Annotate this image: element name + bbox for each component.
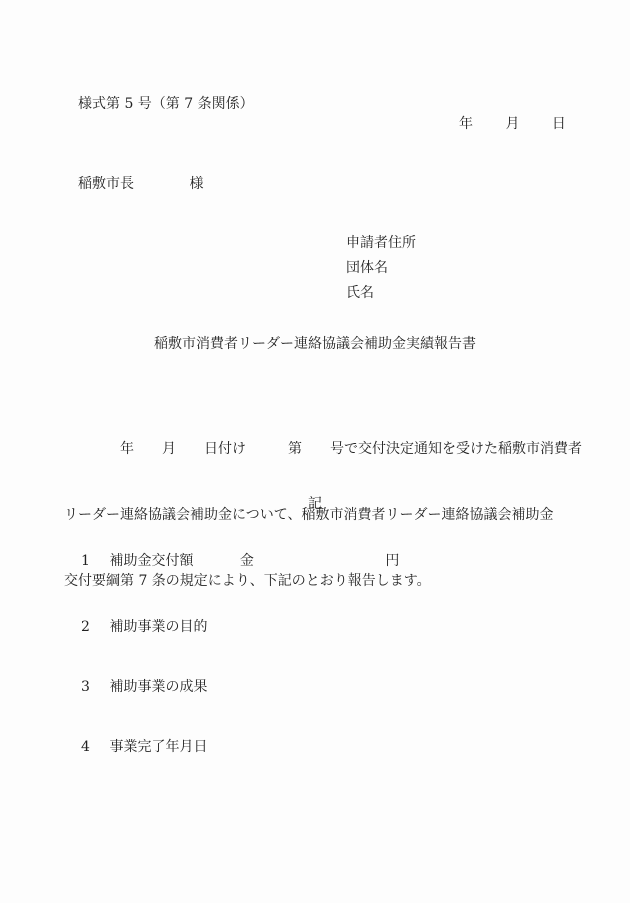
document-title: 稲敷市消費者リーダー連絡協議会補助金実績報告書 bbox=[0, 336, 630, 352]
date-day-label: 日 bbox=[552, 116, 566, 132]
applicant-block: 申請者住所 団体名 氏名 bbox=[346, 231, 416, 306]
applicant-address-label: 申請者住所 bbox=[346, 231, 416, 256]
amount-suffix-yen-label: 円 bbox=[385, 553, 399, 569]
item-label: 補助金交付額 bbox=[109, 553, 193, 569]
amount-prefix-yen-label: 金 bbox=[240, 553, 254, 569]
form-number: 様式第 5 号（第 7 条関係） bbox=[78, 96, 254, 112]
item-label: 補助事業の成果 bbox=[109, 679, 207, 695]
applicant-organization-label: 団体名 bbox=[346, 256, 416, 281]
list-item-project-results: 3 補助事業の成果 bbox=[81, 679, 207, 695]
item-number: 3 bbox=[81, 679, 93, 695]
item-label: 補助事業の目的 bbox=[109, 619, 207, 635]
list-item-subsidy-amount: 1 補助金交付額 金 円 bbox=[81, 553, 399, 569]
body-paragraph-line-3: 交付要綱第 7 条の規定により、下記のとおり報告します。 bbox=[64, 570, 569, 592]
date-year-label: 年 bbox=[459, 116, 473, 132]
addressee-line: 稲敷市長 様 bbox=[78, 176, 203, 192]
document-page: 様式第 5 号（第 7 条関係） 年 月 日 稲敷市長 様 申請者住所 団体名 … bbox=[0, 0, 630, 903]
addressee-recipient: 稲敷市長 bbox=[78, 176, 134, 192]
item-number: 2 bbox=[81, 619, 93, 635]
record-marker: 記 bbox=[0, 496, 630, 512]
body-paragraph-line-1: 年 月 日付け 第 号で交付決定通知を受けた稲敷市消費者 bbox=[64, 438, 569, 460]
list-item-completion-date: 4 事業完了年月日 bbox=[81, 739, 207, 755]
addressee-honorific: 様 bbox=[189, 176, 203, 192]
item-label: 事業完了年月日 bbox=[109, 739, 207, 755]
date-month-label: 月 bbox=[505, 116, 519, 132]
item-number: 1 bbox=[81, 553, 93, 569]
date-line: 年 月 日 bbox=[459, 116, 566, 132]
body-paragraph: 年 月 日付け 第 号で交付決定通知を受けた稲敷市消費者 リーダー連絡協議会補助… bbox=[64, 394, 569, 636]
item-number: 4 bbox=[81, 739, 93, 755]
applicant-name-label: 氏名 bbox=[346, 281, 416, 306]
list-item-project-purpose: 2 補助事業の目的 bbox=[81, 619, 207, 635]
